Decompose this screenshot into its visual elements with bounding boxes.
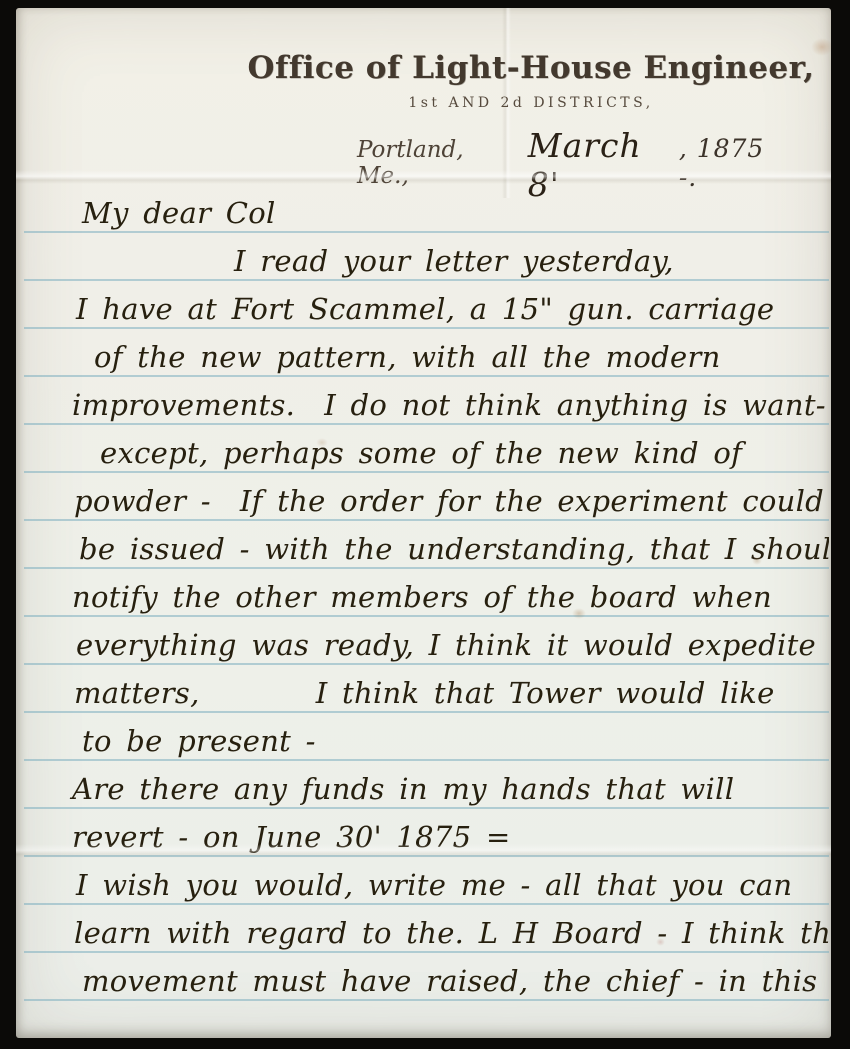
letterhead: Office of Light-House Engineer, 1st AND … xyxy=(16,50,831,111)
handwritten-line: I wish you would, write me - all that yo… xyxy=(24,857,829,905)
letter-body: My dear Col I read your letter yesterday… xyxy=(24,185,829,1001)
handwritten-line: movement must have raised, the chief - i… xyxy=(24,953,829,1001)
handwritten-line: notify the other members of the board wh… xyxy=(24,569,829,617)
handwritten-line: to be present - xyxy=(24,713,829,761)
handwritten-line: everything was ready, I think it would e… xyxy=(24,617,829,665)
letterhead-title: Office of Light-House Engineer, xyxy=(231,50,831,86)
handwritten-line: My dear Col xyxy=(24,185,829,233)
photo-background: Office of Light-House Engineer, 1st AND … xyxy=(0,0,850,1049)
letterhead-districts: 1st AND 2d DISTRICTS, xyxy=(231,95,831,111)
handwritten-line: except, perhaps some of the new kind of xyxy=(24,425,829,473)
printed-place: Portland, Me., xyxy=(357,137,516,189)
date-line: Portland, Me., March 8' , 1875 -. xyxy=(357,126,831,176)
handwritten-line: revert - on June 30' 1875 = xyxy=(24,809,829,857)
handwritten-line: I read your letter yesterday, xyxy=(24,233,829,281)
handwritten-line: powder - If the order for the experiment… xyxy=(24,473,829,521)
handwritten-line: be issued - with the understanding, that… xyxy=(24,521,829,569)
printed-year: , 1875 -. xyxy=(679,134,787,192)
handwritten-line: matters, I think that Tower would like xyxy=(24,665,829,713)
letter-page: Office of Light-House Engineer, 1st AND … xyxy=(16,8,831,1038)
handwritten-line: improvements. I do not think anything is… xyxy=(24,377,829,425)
handwritten-line: learn with regard to the. L H Board - I … xyxy=(24,905,829,953)
handwritten-line: of the new pattern, with all the modern xyxy=(24,329,829,377)
handwritten-line: I have at Fort Scammel, a 15" gun. carri… xyxy=(24,281,829,329)
handwritten-line: Are there any funds in my hands that wil… xyxy=(24,761,829,809)
